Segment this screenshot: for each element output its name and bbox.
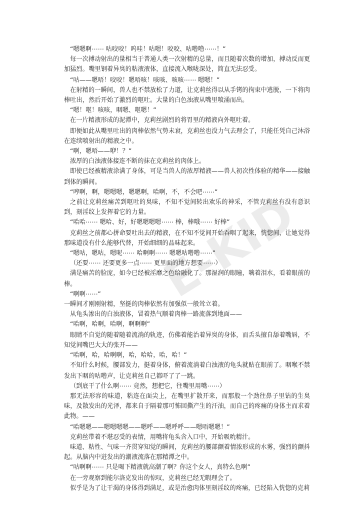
- paragraph: 在射精的一瞬间，兽人也不禁放松了力道，让克莉丝得以从手铐的拘束中逃脱，一下将肉棒…: [64, 86, 310, 106]
- paragraph: 满是痛苦的脸庞，如今已经被淫靡之色给融化了。那湿润的眼瞳，噙着泪水，看着眼前的棒…: [64, 269, 310, 289]
- paragraph: （还要⋯⋯ 还要更多一点⋯⋯ 更里面的地方想要⋯⋯）: [64, 259, 310, 269]
- paragraph: “哈啊，哈啊，哈啊，啊啊啊”: [64, 320, 310, 330]
- paragraph: 不知什么时候，腰部发力，挺着身体，俯着流淌着白浊液的龟头就贴在眼前了。咽喉不禁发…: [64, 361, 310, 381]
- paragraph: “哈哈⋯⋯ 嗯哈、好，好嗯嗯嗯嗯⋯⋯ 棒，棒哦⋯⋯ 好棒”: [64, 218, 310, 228]
- paragraph: 之前让克莉丝痛苦到呕吐的臭味，不知不觉间转出欢乐的神采，不管克莉丝有没有意识到，…: [64, 198, 310, 218]
- paragraph: 在一片精液形成的泥潭中，克莉丝剧烈的将胃里的精液向外呕吐着。: [64, 116, 310, 126]
- paragraph: 似乎是为了让干渴的身体得到满足，或是治愈肉体里刻淫纹的疼痛，已经陷入恍惚的克莉: [64, 484, 310, 494]
- paragraph: （到底干了什么啊⋯⋯ 竟然，想把它，往嘴里用嘴⋯⋯）: [64, 382, 310, 392]
- paragraph: “啊，嗯唔——咿！？”: [64, 147, 310, 157]
- paragraph: 在一旁观察到能尔洛克发出的惊叹，克莉丝已经无暇理会了。: [64, 474, 310, 484]
- paragraph: “哈啊，哈，哈啊啊，哈，哈哈，哈，哈！”: [64, 351, 310, 361]
- paragraph: “哈嗯嗯——嗯嗯嗯嗯——嗯呼——嗯呼呼——嗯唔嗯嗯！”: [64, 423, 310, 433]
- paragraph: “嗯！呕！咳咳，咽嗯、呕嗯！”: [64, 106, 310, 116]
- paragraph: 克莉丝带着不堪忍受的表情，用嘴将龟头含入口中，开始吸吮精汁。: [64, 433, 310, 443]
- paragraph: 一瞬间才刚刚射精，坚挺的肉棒依然有加强似一般耸立着。: [64, 300, 310, 310]
- paragraph: “咕——嗯唔！咬咬！嗯唔咳！咳咳、咳咳⋯⋯ 嗯嗯！”: [64, 76, 310, 86]
- paragraph: 那无法形容的味道，粘连在面尖上，在嘴里扩散开来，而那股一个劲往鼻子里钻的生臭味，…: [64, 392, 310, 423]
- paragraph: 即便如此从嘴里吐出的肉棒依然气势未衰，克莉丝也没力气去理会了，只能任凭自己沐浴在…: [64, 127, 310, 147]
- paragraph: 味道、粘性、气味一齐贯穿知觉的瞬间，克莉丝的腰部颤着情浓形成的水雾，强烈的颤抖起…: [64, 443, 310, 463]
- paragraph: 每一次搏动射出的量相当于普通人类一次射精的总量，而且随着次数的增加，搏动反而更加…: [64, 55, 310, 75]
- document-page: “嗯嗯啊⋯⋯ 咕咬咬！呜哇！咕嗯！咬咬、咕噜噜⋯⋯！” 每一次搏动射出的量相当于…: [64, 45, 310, 494]
- paragraph: 克莉丝之前都心拼命要吐出去的精液，在不知不觉间开始吞咽了起来，恍惚间，让她觉得那…: [64, 229, 310, 249]
- paragraph: 即使已经被精液涂满了身体，可是当兽人的浓厚精液——兽人初次性体验的精华——接触到…: [64, 167, 310, 187]
- paragraph: “嗯嗯啊⋯⋯ 咕咬咬！呜哇！咕嗯！咬咬、咕噜噜⋯⋯！”: [64, 45, 310, 55]
- paragraph: 眼睛不自觉的随着随着流淌的轨迹，仿佛着能治着异臭的身体，而舌头擅自舔着嘴唇，不知…: [64, 331, 310, 351]
- paragraph: “咕啊啊⋯⋯ 只是喝下精液就高潮了啊？你这个女人，真特么色啊”: [64, 463, 310, 473]
- paragraph: “啊啊⋯⋯”: [64, 290, 310, 300]
- paragraph: “哼啊，啊，嗯嗯嗯，嗯嗯啊，哈啊，不，不会吧⋯⋯”: [64, 188, 310, 198]
- paragraph: 从龟头渗出的白浊液体，冒着热气顺着肉棒一路流落到地面——: [64, 310, 310, 320]
- paragraph: “嗯咕，嗯咕，嗯呢⋯⋯ 哈啊啊⋯⋯ 嗯嗯咕噜噜⋯⋯”: [64, 249, 310, 259]
- paragraph: 浓厚的白浊液体接连不断的抹在克莉丝的肉体上。: [64, 157, 310, 167]
